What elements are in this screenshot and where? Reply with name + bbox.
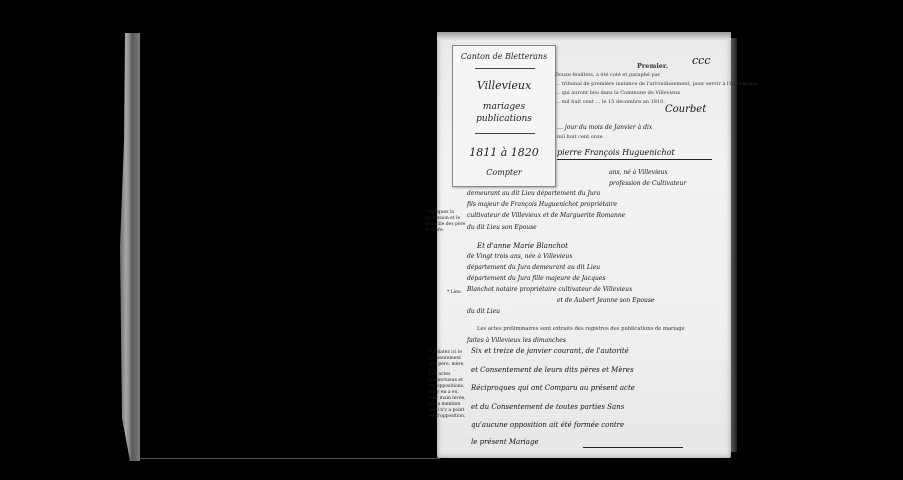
bride-dept: département du Jura demeurant au dit Lie… [467,264,600,271]
publication-line-1: Six et treize de janvier courant, de l'a… [471,347,629,355]
bride-dept-2: département du Jura fille majeure de Jac… [467,275,605,282]
label-years: 1811 à 1820 [453,146,555,159]
label-divider [475,133,535,134]
margin-note-lieu: * Lieu. [447,290,467,296]
header-line-2: … tribunal de première instance de l'arr… [555,81,757,87]
publication-line-2: et Consentement de leurs dits pères et M… [471,366,634,374]
date-line: … jour du mois de Janvier à dix [557,124,652,131]
publication-line-3: Réciproques qui ont Comparu au présent a… [471,384,635,392]
label-canton: Canton de Bletterans [453,52,555,61]
groom-birth: ans, né à Villevieux [609,169,668,176]
signature: Courbet [665,104,706,115]
label-divider [475,68,535,69]
year-line: mil huit cent onze. [557,134,604,140]
page-right-edge [731,38,737,452]
publication-place: faites à Villevieux les dimanches [467,337,566,344]
label-record-type-line2: publications [453,113,555,125]
groom-name: pierre François Huguenichot [557,148,675,157]
groom-father-3: du dit Lieu son Epouse [467,224,537,231]
bride-age: de Vingt trois ans, née à Villevieux [467,253,573,260]
label-record-type: mariages publications [453,101,555,125]
publication-line-5: qu'aucune opposition ait été formée cont… [471,421,624,429]
groom-profession: profession de Cultivateur [609,180,686,187]
publication-intro: Les actes préliminaires sont extraits de… [477,326,685,332]
header-line-3: … qui auront lieu dans la Commune de Vil… [555,90,680,96]
page-heading: Premier. [637,62,668,70]
margin-note-actes: Les actes respectueux et les oppositions… [429,372,469,420]
register-page: Canton de Bletterans Villevieux mariages… [437,32,731,458]
header-line-4: … mil huit cent … le 15 décembre an 1810… [555,99,665,105]
label-commune: Villevieux [453,79,555,92]
header-line-1: Douze feuillets, a été coté et paraphé p… [555,72,660,78]
groom-father: fils majeur de François Huguenichot prop… [467,201,617,208]
bride-father: Blanchot notaire propriétaire cultivateu… [467,286,632,293]
margin-note-profession: * Indiquez la profession et le domicile … [425,210,467,234]
label-note: Compter [453,168,555,177]
groom-father-2: cultivateur de Villevieux et de Margueri… [467,212,625,219]
page-top-edge [437,32,731,40]
bride-intro: Et d'anne Marie Blanchot [477,242,568,250]
publication-line-4: et du Consentement de toutes parties San… [471,403,624,411]
spine-bottom-line [140,458,440,459]
fill-rule [583,447,683,448]
fill-rule [557,159,712,160]
binding-spine [120,33,140,461]
publication-line-6: le présent Mariage [471,438,539,446]
margin-note-relatez: * Relatez ici le consentement des père, … [429,350,469,374]
groom-residence: demeurant au dit Lieu département du Jur… [467,190,600,197]
label-record-type-line1: mariages [453,101,555,113]
archive-label-card: Canton de Bletterans Villevieux mariages… [452,45,556,187]
bride-mother-2: du dit Lieu [467,308,500,315]
bride-mother: et de Aubert Jeanne son Epouse [557,297,654,304]
corner-mark: ccc [692,54,710,67]
